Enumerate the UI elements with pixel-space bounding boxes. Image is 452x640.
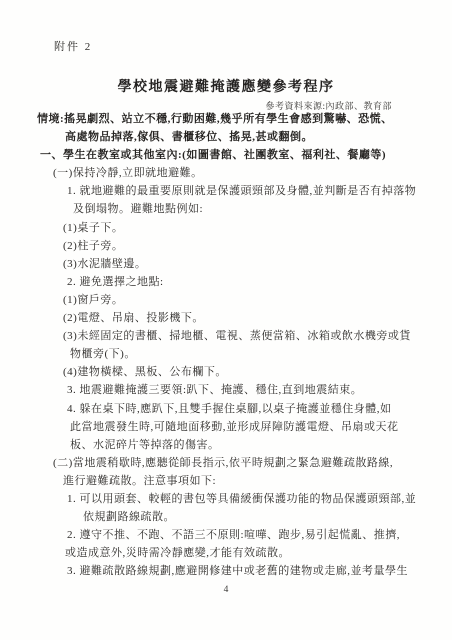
doc-line: (1)桌子下。 [63,219,437,237]
section-heading: 一、學生在教室或其他室內:(如圖書館、社團教室、福利社、餐廳等) [40,146,437,164]
doc-line: 1. 就地避難的最重要原則就是保護頭頸部及身體,並判斷是否有掉落物 [67,182,437,200]
doc-line: 板、水泥碎片等掉落的傷害。 [70,436,437,454]
doc-line: 物櫃旁(下)。 [70,345,437,363]
page-number: 4 [0,585,452,595]
doc-line: 及倒塌物。避難地點例如: [73,200,437,218]
document-page: 附件 2 學校地震避難掩護應變參考程序 參考資料來源:內政部、教育部 情境:搖晃… [0,0,452,640]
doc-line: 此當地震發生時,可隨地面移動,並形成屏障防護電燈、吊扇或天花 [70,418,437,436]
doc-line: 依規劃路線疏散。 [83,508,437,526]
situation-line: 情境:搖晃劇烈、站立不穩,行動困難,幾乎所有學生會感到驚嚇、恐慌、 [37,110,437,128]
doc-line: 4. 躲在桌下時,應趴下,且雙手握住桌腳,以桌子掩護並穩住身體,如 [67,400,437,418]
attachment-label: 附件 2 [54,38,92,54]
doc-line: (4)建物橫樑、黑板、公布欄下。 [63,363,437,381]
doc-line: 或造成意外,災時需冷靜應變,才能有效疏散。 [65,544,437,562]
doc-line: 3. 地震避難掩護三要領:趴下、掩護、穩住,直到地震結束。 [67,381,437,399]
situation-line: 高處物品掉落,傢俱、書櫃移位、搖晃,甚或翻倒。 [65,128,437,146]
document-body: 情境:搖晃劇烈、站立不穩,行動困難,幾乎所有學生會感到驚嚇、恐慌、 高處物品掉落… [37,110,437,580]
doc-line: (2)柱子旁。 [63,237,437,255]
doc-line: (二)當地震稍歇時,應聽從師長指示,依平時規劃之緊急避難疏散路線, [53,454,437,472]
doc-line: 1. 可以用頭套、較輕的書包等具備緩衝保護功能的物品保護頭頸部,並 [67,490,437,508]
doc-line: (一)保持冷靜,立即就地避難。 [53,164,437,182]
document-title: 學校地震避難掩護應變參考程序 [0,76,452,96]
doc-line: 2. 遵守不推、不跑、不語三不原則:喧嘩、跑步,易引起慌亂、推擠, [67,526,437,544]
doc-line: (3)水泥牆壁邊。 [63,255,437,273]
doc-line: 進行避難疏散。注意事項如下: [63,472,437,490]
doc-line: (2)電燈、吊扇、投影機下。 [63,309,437,327]
doc-line: (3)未經固定的書櫃、掃地櫃、電視、蒸便當箱、冰箱或飲水機旁或貨 [63,327,437,345]
doc-line: 3. 避難疏散路線規劃,應避開修建中或老舊的建物或走廊,並考量學生 [67,562,437,580]
doc-line: 2. 避免選擇之地點: [67,273,437,291]
doc-line: (1)窗戶旁。 [63,291,437,309]
